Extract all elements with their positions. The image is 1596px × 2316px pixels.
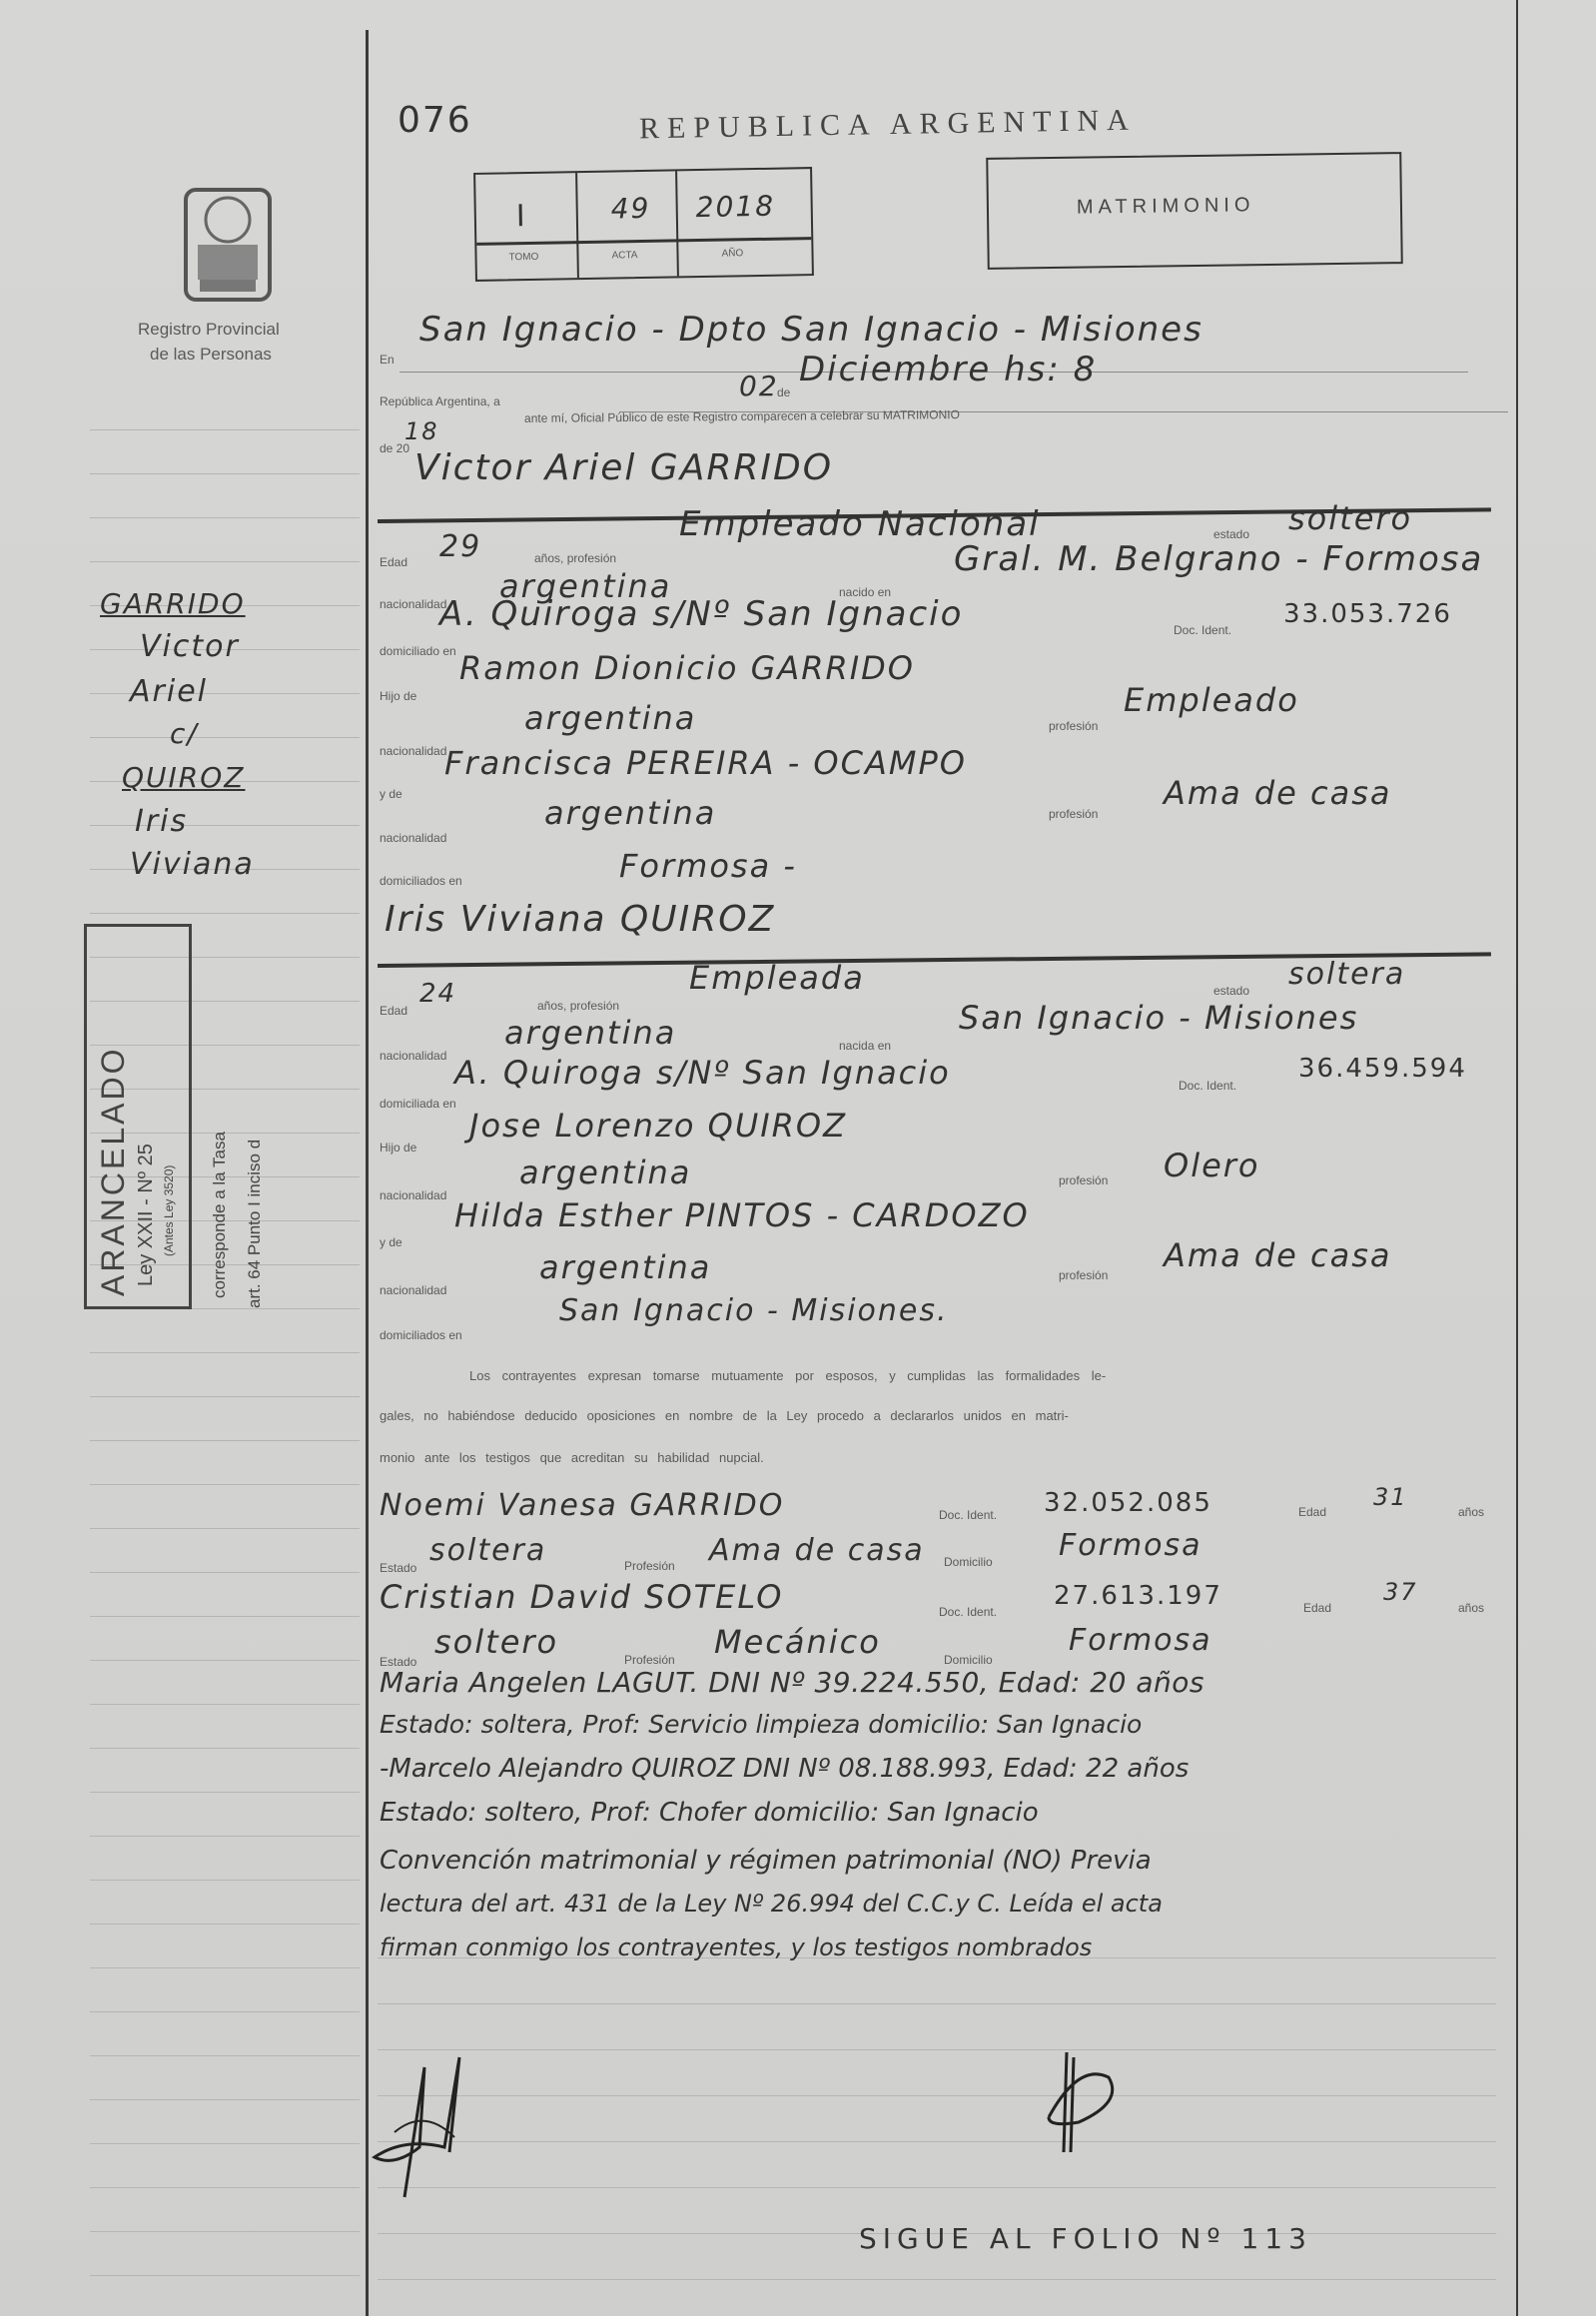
en-label: En [380, 353, 395, 367]
bride-age: 24 [419, 979, 456, 1009]
groom-father-nat-label: nacionalidad [380, 744, 446, 758]
anio-label: AÑO [721, 248, 743, 259]
stamp-title: ARANCELADO [95, 1047, 132, 1297]
groom-mother: Francisca PEREIRA - OCAMPO [444, 744, 967, 782]
bride-status-label: estado [1213, 984, 1249, 998]
registry-name-line2: de las Personas [150, 345, 272, 365]
stamp-law: Ley XXII - Nº 25 [135, 1144, 158, 1286]
witness-1-age: 31 [1373, 1483, 1408, 1511]
note-line-5: Convención matrimonial y régimen patrimo… [380, 1846, 1152, 1876]
note-line-4: Estado: soltero, Prof: Chofer domicilio:… [380, 1798, 1039, 1828]
arancelado-stamp: ARANCELADO Ley XXII - Nº 25 (Antes Ley 3… [84, 924, 192, 1309]
note-line-7: firman conmigo los contrayentes, y los t… [380, 1933, 1092, 1961]
bride-born-label: nacida en [839, 1039, 891, 1053]
acta-reference-table: I 49 2018 TOMO ACTA AÑO [473, 167, 814, 282]
bride-birthplace: San Ignacio - Misiones [959, 999, 1358, 1037]
bride-mother-profession: Ama de casa [1164, 1236, 1392, 1274]
witness-1-doc: 32.052.085 [1044, 1488, 1212, 1518]
bride-domicile-label: domiciliada en [380, 1097, 456, 1111]
bride-father-nat-label: nacionalidad [380, 1188, 446, 1202]
groom-status: soltero [1288, 499, 1412, 537]
margin-index-surname-2: QUIROZ [122, 761, 245, 794]
witness-1-status-label: Estado [380, 1561, 416, 1575]
margin-index-connector: c/ [170, 717, 199, 750]
place-field: San Ignacio - Dpto San Ignacio - Misione… [419, 310, 1203, 350]
bride-years-label: años, profesión [537, 999, 619, 1013]
groom-domicile: A. Quiroga s/Nº San Ignacio [439, 594, 963, 634]
witness-2-years-label: años [1458, 1601, 1484, 1615]
bride-father: Jose Lorenzo QUIROZ [469, 1107, 847, 1145]
groom-mother-profession: Ama de casa [1164, 774, 1392, 812]
acta-label: ACTA [611, 250, 637, 261]
act-type-box: MATRIMONIO [986, 152, 1403, 270]
republica-label: República Argentina, a [380, 394, 500, 408]
groom-age: 29 [439, 529, 481, 564]
witness-1-doc-label: Doc. Ident. [939, 1508, 997, 1522]
bride-status: soltera [1288, 957, 1405, 992]
groom-mother-prof-label: profesión [1049, 807, 1098, 821]
groom-doc-label: Doc. Ident. [1174, 623, 1231, 637]
note-line-3: -Marcelo Alejandro QUIROZ DNI Nº 08.188.… [380, 1754, 1189, 1784]
groom-years-label: años, profesión [534, 551, 616, 565]
groom-doc: 33.053.726 [1283, 599, 1452, 629]
day-field: 02 [739, 370, 779, 402]
groom-father: Ramon Dionicio GARRIDO [459, 649, 915, 687]
registry-name-line1: Registro Provincial [138, 320, 280, 340]
witness-2-age: 37 [1383, 1578, 1418, 1606]
act-type-label: MATRIMONIO [1077, 194, 1255, 219]
bride-doc-label: Doc. Ident. [1179, 1079, 1236, 1093]
bride-name: Iris Viviana QUIROZ [385, 899, 775, 940]
witness-2-doc-label: Doc. Ident. [939, 1605, 997, 1619]
margin-index-given-3: Iris [135, 804, 188, 839]
groom-parents-domicile-label: domiciliados en [380, 874, 462, 888]
witness-1-dom-label: Domicilio [944, 1555, 993, 1569]
groom-mother-nationality: argentina [544, 794, 716, 832]
groom-mother-nat-label: nacionalidad [380, 831, 446, 845]
groom-father-profession: Empleado [1124, 681, 1299, 719]
tomo-label: TOMO [508, 252, 538, 264]
continuation-note: SIGUE AL FOLIO Nº 113 [859, 2222, 1312, 2255]
bride-age-label: Edad [380, 1004, 407, 1018]
tomo-value: I [516, 199, 527, 234]
groom-domicile-label: domiciliado en [380, 644, 456, 658]
groom-age-label: Edad [380, 555, 407, 569]
witness-2-profession: Mecánico [714, 1623, 881, 1661]
declaration-line-3: monio ante los testigos que acreditan su… [380, 1450, 764, 1465]
groom-name: Victor Ariel GARRIDO [414, 447, 833, 488]
groom-profession: Empleado Nacional [679, 504, 1041, 544]
groom-father-label: Hijo de [380, 689, 416, 703]
right-margin-line [1516, 0, 1518, 2316]
margin-index-given-2: Ariel [130, 674, 208, 709]
groom-father-prof-label: profesión [1049, 719, 1098, 733]
folio-number: 076 [398, 100, 472, 141]
intro-text: ante mí, Oficial Público de este Registr… [524, 407, 960, 425]
bride-mother-prof-label: profesión [1059, 1268, 1108, 1282]
bride-parents-domicile-label: domiciliados en [380, 1328, 462, 1342]
bride-mother-nationality: argentina [539, 1248, 711, 1286]
witness-2-name: Cristian David SOTELO [380, 1578, 783, 1616]
stamp-note-1: corresponde a la Tasa [210, 1132, 230, 1298]
bride-father-label: Hijo de [380, 1141, 416, 1155]
witness-1-profession: Ama de casa [709, 1533, 925, 1568]
stamp-sub: (Antes Ley 3520) [162, 1165, 176, 1256]
groom-parents-domicile: Formosa - [619, 847, 797, 885]
signature-official [365, 2037, 494, 2207]
bride-parents-domicile: San Ignacio - Misiones. [559, 1293, 949, 1328]
witness-2-dom-label: Domicilio [944, 1653, 993, 1667]
stamp-note-2: art. 64 Punto I inciso d [245, 1140, 265, 1308]
witness-2-doc: 27.613.197 [1054, 1581, 1222, 1611]
groom-father-nationality: argentina [524, 699, 696, 737]
bride-father-nationality: argentina [519, 1154, 691, 1191]
bride-doc: 36.459.594 [1298, 1054, 1467, 1084]
declaration-line-1: Los contrayentes expresan tomarse mutuam… [469, 1368, 1106, 1383]
bride-domicile: A. Quiroga s/Nº San Ignacio [454, 1054, 951, 1092]
country-title: REPUBLICA ARGENTINA [639, 104, 1137, 147]
witness-2-status: soltero [434, 1623, 558, 1661]
witness-2-prof-label: Profesión [624, 1653, 675, 1667]
note-line-1: Maria Angelen LAGUT. DNI Nº 39.224.550, … [380, 1666, 1204, 1699]
margin-index-surname-1: GARRIDO [100, 587, 246, 620]
bride-father-profession: Olero [1164, 1147, 1260, 1184]
anio-value: 2018 [695, 190, 775, 224]
acta-value: 49 [610, 192, 650, 226]
margin-index-given-4: Viviana [130, 847, 255, 882]
witness-1-years-label: años [1458, 1505, 1484, 1519]
margin-index-given-1: Victor [140, 629, 240, 664]
signature-contractor [1039, 2042, 1129, 2162]
witness-1-prof-label: Profesión [624, 1559, 675, 1573]
month-field: Diciembre hs: 8 [799, 350, 1097, 389]
groom-nationality-label: nacionalidad [380, 597, 446, 611]
note-line-6: lectura del art. 431 de la Ley Nº 26.994… [380, 1890, 1163, 1918]
witness-1-age-label: Edad [1298, 1505, 1326, 1519]
bride-mother-nat-label: nacionalidad [380, 1283, 446, 1297]
bride-mother: Hilda Esther PINTOS - CARDOZO [454, 1196, 1030, 1234]
bride-mother-label: y de [380, 1235, 402, 1249]
groom-birthplace: Gral. M. Belgrano - Formosa [954, 539, 1483, 579]
declaration-line-2: gales, no habiéndose deducido oposicione… [380, 1408, 1069, 1423]
document-page: Registro Provincial de las Personas GARR… [0, 0, 1596, 2316]
witness-1-status: soltera [429, 1533, 546, 1568]
witness-1-domicile: Formosa [1059, 1528, 1202, 1563]
witness-2-domicile: Formosa [1069, 1623, 1212, 1658]
bride-profession: Empleada [689, 959, 865, 997]
left-margin-line [366, 30, 369, 2316]
witness-1-name: Noemi Vanesa GARRIDO [380, 1488, 784, 1523]
bride-nationality: argentina [504, 1014, 676, 1052]
witness-2-age-label: Edad [1303, 1601, 1331, 1615]
de-label: de [777, 386, 790, 399]
year-suffix-field: 18 [404, 417, 439, 445]
province-crest-icon [178, 180, 278, 310]
groom-mother-label: y de [380, 787, 402, 801]
bride-father-prof-label: profesión [1059, 1173, 1108, 1187]
note-line-2: Estado: soltera, Prof: Servicio limpieza… [380, 1710, 1142, 1739]
bride-nationality-label: nacionalidad [380, 1049, 446, 1063]
